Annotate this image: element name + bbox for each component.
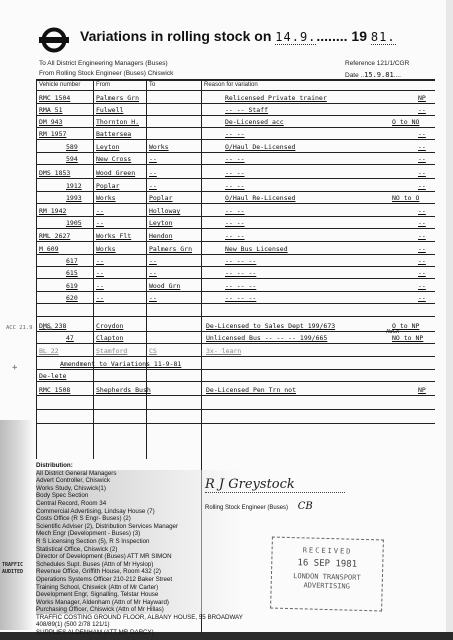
distribution-item: Development Engr, Signalling, Telstar Ho… <box>36 591 243 599</box>
from-depot: Thornton H. <box>96 118 139 126</box>
reason-text: -- -- -- <box>225 257 256 265</box>
vehicle-number: RM 1957 <box>39 130 66 138</box>
licence-note: NO to NP <box>392 334 423 342</box>
distribution-item: 408/89(1) (500 2/78 121/1) <box>36 621 243 629</box>
from-depot: Works <box>96 194 116 202</box>
from-depot: -- <box>96 282 104 290</box>
reason-text: De-Licensed Pen Trn not <box>206 386 296 394</box>
received-stamp: RECEIVED 16 SEP 1981 LONDON TRANSPORT AD… <box>270 537 384 612</box>
distribution-item: Training School, Chiswick (Attn of Mr Ca… <box>36 584 243 592</box>
vehicle-number: RMC 1504 <box>39 94 70 102</box>
row-rule <box>36 139 435 140</box>
distribution-item: R S Licensing Section (5), R S Inspectio… <box>36 538 243 546</box>
to-depot: -- <box>149 269 157 277</box>
row-rule <box>36 316 435 317</box>
vehicle-number: DMS 1853 <box>39 169 70 177</box>
title-year-prefix: 19 <box>351 28 367 44</box>
vehicle-number: RMC 1508 <box>39 386 70 394</box>
column-header-reason: Reason for variation <box>204 82 258 88</box>
licence-note: -- <box>418 269 426 277</box>
from-depot: Works <box>96 245 116 253</box>
distribution-item: Operations Systems Officer 210-212 Baker… <box>36 576 243 584</box>
licence-note: -- <box>418 130 426 138</box>
vehicle-number: RML 2627 <box>39 232 70 240</box>
signature-role: Rolling Stock Engineer (Buses) <box>205 505 288 511</box>
reason-text: 3x- learn <box>206 347 241 355</box>
to-depot: Holloway <box>149 207 180 215</box>
row-rule <box>36 203 435 204</box>
column-header-vehicle: Vehicle number <box>39 82 80 88</box>
date-field: Date ..15.9.81.... <box>345 71 401 79</box>
licence-note: -- <box>418 143 426 151</box>
licence-note: -- <box>418 207 426 215</box>
vehicle-number: 1905 <box>66 219 82 227</box>
vehicle-number: DM 943 <box>39 118 62 126</box>
vehicle-number: 1993 <box>66 194 82 202</box>
licence-note: NP <box>418 386 426 394</box>
reason-text: -- -- -- <box>225 294 256 302</box>
from-depot: Fulwell <box>96 106 123 114</box>
vehicle-number: 594 <box>66 155 78 163</box>
column-header-to: To <box>149 82 155 88</box>
reason-text: -- -- -- <box>225 269 256 277</box>
distribution-item: Director of Development (Buses) ATT MR S… <box>36 553 243 561</box>
row-rule <box>36 127 435 128</box>
licence-note: NO to O <box>392 194 419 202</box>
vehicle-number: 619 <box>66 282 78 290</box>
to-depot: -- <box>149 182 157 190</box>
reason-text: De-Licensed to Sales Dept 199/673 <box>206 322 335 330</box>
row-rule <box>36 241 435 242</box>
from-depot: Poplar <box>96 182 119 190</box>
row-rule <box>36 369 435 370</box>
col-divider-from <box>93 79 94 459</box>
licence-note: -- <box>418 245 426 253</box>
row-rule <box>36 331 435 332</box>
to-depot: Hendon <box>149 232 172 240</box>
reason-text: -- -- <box>225 182 245 190</box>
vehicle-number: 1912 <box>66 182 82 190</box>
row-rule <box>36 178 435 179</box>
licence-note: -- <box>418 106 426 114</box>
reason-text: -- -- <box>225 232 245 240</box>
date-value: 15.9.81 <box>364 71 394 79</box>
from-depot: -- <box>96 269 104 277</box>
licence-note: -- <box>418 182 426 190</box>
column-header-from: From <box>96 82 110 88</box>
from-depot: Shepherds Bush <box>96 386 151 394</box>
distribution-item: Scientific Adviser (2), Distribution Ser… <box>36 523 243 531</box>
row-rule <box>36 266 435 267</box>
distribution-item: Schedules Supt. Buses (Attn of Mr Hyslop… <box>36 561 243 569</box>
page-title: Variations in rolling stock on 14.9.....… <box>80 28 396 44</box>
row-rule <box>36 343 435 344</box>
row-rule <box>36 278 435 279</box>
title-year: 81. <box>371 30 396 45</box>
reason-text: O/Haul Re-Licensed <box>225 194 295 202</box>
row-rule <box>36 395 435 396</box>
licence-note: O to NO <box>392 118 419 126</box>
margin-traffic-audited: TRAFFIC AUDITED <box>2 562 34 576</box>
row-rule <box>36 216 435 217</box>
roundel-logo-icon <box>39 27 69 53</box>
from-depot: -- <box>96 207 104 215</box>
to-depot: CS <box>149 347 157 355</box>
licence-note: -- <box>418 169 426 177</box>
vehicle-number: 617 <box>66 257 78 265</box>
licence-note: -- <box>418 294 426 302</box>
vehicle-number: BL 22 <box>39 347 59 355</box>
from-depot: Stamford <box>96 347 127 355</box>
row-rule <box>36 291 435 292</box>
reason-text: -- -- <box>225 155 245 163</box>
col-divider-to <box>146 79 147 459</box>
vehicle-number: RM 1942 <box>39 207 66 215</box>
vehicle-number: 589 <box>66 143 78 151</box>
margin-note-acc: ACC 21.9 <box>6 325 33 331</box>
distribution-heading: Distribution: <box>36 462 243 470</box>
vehicle-number: 620 <box>66 294 78 302</box>
to-depot: -- <box>149 294 157 302</box>
margin-plus: + <box>12 363 17 373</box>
signature-initials: CB <box>298 501 313 512</box>
from-depot: Croydon <box>96 322 123 330</box>
reason-text: Relicensed Private trainer <box>225 94 327 102</box>
reason-text: -- -- <box>225 207 245 215</box>
vehicle-number: Amendment to Variations 11-9-81 <box>60 360 181 368</box>
distribution-item: Costs Office (R S Engr- Buses) (2) <box>36 515 243 523</box>
date-label: Date <box>345 72 359 79</box>
distribution-item: SUPPLIES ALDENHAM (ATT MR DARCY) <box>36 629 243 637</box>
row-rule <box>36 409 435 410</box>
distribution-item: Works Manager, Aldenham (Attn of Mr Hayw… <box>36 599 243 607</box>
licence-note: -- <box>418 232 426 240</box>
licence-note: NP <box>418 94 426 102</box>
reference-label: Reference 121/1/CGR <box>345 60 409 67</box>
reason-text: -- -- -- <box>225 282 256 290</box>
to-depot: -- <box>149 169 157 177</box>
from-depot: Wood Green <box>96 169 135 177</box>
vehicle-number: RMA 51 <box>39 106 62 114</box>
table-top-border <box>36 79 435 81</box>
licence-note: -- <box>418 257 426 265</box>
to-depot: Leyton <box>149 219 172 227</box>
stamp-dept: ADVERTISING <box>272 581 382 592</box>
vehicle-number: 47 <box>66 334 74 342</box>
vehicle-number: De-lete <box>39 372 66 380</box>
distribution-item: Mech Engr (Development - Buses) (3) <box>36 530 243 538</box>
title-date: 14.9. <box>275 30 316 45</box>
col-border-left <box>36 79 37 459</box>
row-rule <box>36 381 435 382</box>
from-depot: Palmers Grn <box>96 94 139 102</box>
distribution-item: Body Spec Section <box>36 492 243 500</box>
to-depot: Palmers Grn <box>149 245 192 253</box>
from-depot: Battersea <box>96 130 131 138</box>
to-depot: Poplar <box>149 194 172 202</box>
row-rule <box>36 356 435 357</box>
to-line: To All District Engineering Managers (Bu… <box>39 60 168 67</box>
stamp-received: RECEIVED <box>273 546 383 557</box>
row-rule <box>36 423 435 424</box>
row-rule <box>36 191 435 192</box>
row-rule <box>36 303 435 304</box>
distribution-item: Statistical Office, Chiswick (2) <box>36 546 243 554</box>
licence-note: -- <box>418 282 426 290</box>
vehicle-number: 615 <box>66 269 78 277</box>
to-depot: -- <box>149 257 157 265</box>
distribution-item: Revenue Office, Griffith House, Room 432… <box>36 568 243 576</box>
from-depot: -- <box>96 257 104 265</box>
signature-caption: Rolling Stock Engineer (Buses) CB <box>205 501 313 512</box>
distribution-item: Purchasing Officer, Chiswick (Attn of Mr… <box>36 606 243 614</box>
signature: R J Greystock <box>205 477 345 493</box>
reason-text: De-Licensed acc <box>225 118 284 126</box>
from-depot: -- <box>96 294 104 302</box>
reason-text: New Bus Licensed <box>225 245 288 253</box>
scan-shadow <box>0 420 34 630</box>
stamp-date: 16 SEP 1981 <box>272 558 382 571</box>
row-rule <box>36 164 435 165</box>
title-text: Variations in rolling stock on <box>80 28 271 44</box>
reason-text: -- -- <box>225 130 245 138</box>
reason-text: -- -- Staff <box>225 106 268 114</box>
row-rule <box>36 115 435 116</box>
to-depot: Wood Grn <box>149 282 180 290</box>
page-edge <box>446 0 453 640</box>
row-rule <box>36 152 435 153</box>
from-depot: Leyton <box>96 143 119 151</box>
row-rule <box>36 254 435 255</box>
licence-note: -- <box>418 219 426 227</box>
awca-annotation: AWCA <box>386 329 399 335</box>
from-depot: -- <box>96 219 104 227</box>
row-rule <box>36 103 435 104</box>
reason-text: Unlicensed Bus -- -- -- 199/665 <box>206 334 327 342</box>
from-line: From Rolling Stock Engineer (Buses) Chis… <box>39 70 173 77</box>
header-divider <box>36 90 435 91</box>
licence-note: -- <box>418 155 426 163</box>
margin-note-row: +3m <box>42 326 52 332</box>
from-depot: Clapton <box>96 334 123 342</box>
reason-text: -- -- <box>225 219 245 227</box>
distribution-item: TRAFFIC COSTING GROUND FLOOR, ALBANY HOU… <box>36 614 243 622</box>
row-rule <box>36 228 435 229</box>
vehicle-number: M 609 <box>39 245 59 253</box>
reason-text: -- -- <box>225 169 245 177</box>
from-depot: Works Flt <box>96 232 131 240</box>
to-depot: Works <box>149 143 169 151</box>
from-depot: New Cross <box>96 155 131 163</box>
reason-text: O/Haul De-Licensed <box>225 143 295 151</box>
to-depot: -- <box>149 155 157 163</box>
